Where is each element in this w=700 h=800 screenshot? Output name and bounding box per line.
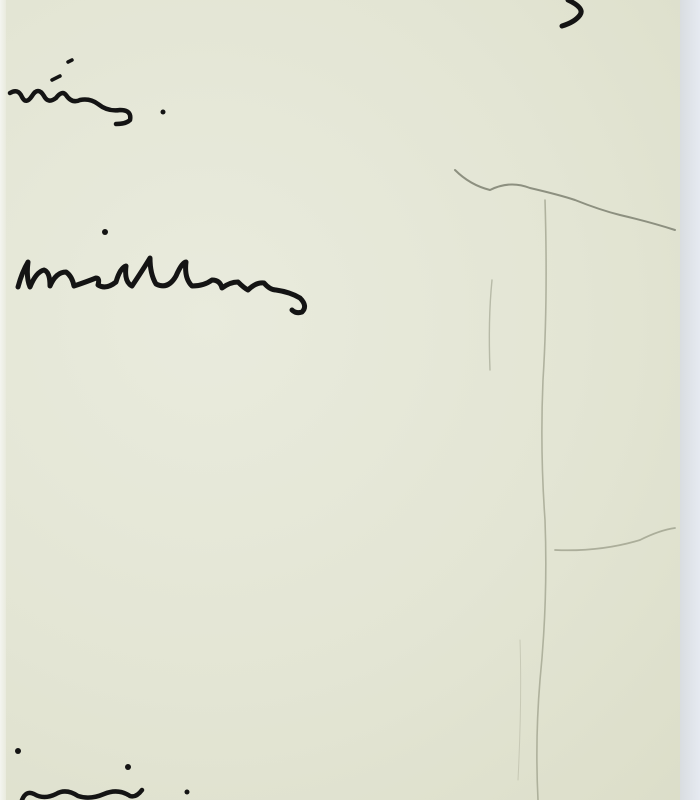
handwriting-line-3	[15, 748, 190, 800]
handwriting-line-1	[10, 60, 166, 124]
handwriting-top-fragment	[562, 0, 581, 26]
handwriting-line-2	[18, 229, 305, 313]
ink-and-creases	[0, 0, 700, 800]
paper-creases	[455, 170, 675, 800]
document-photo: …s …rôns. milleux …ini.	[0, 0, 700, 800]
